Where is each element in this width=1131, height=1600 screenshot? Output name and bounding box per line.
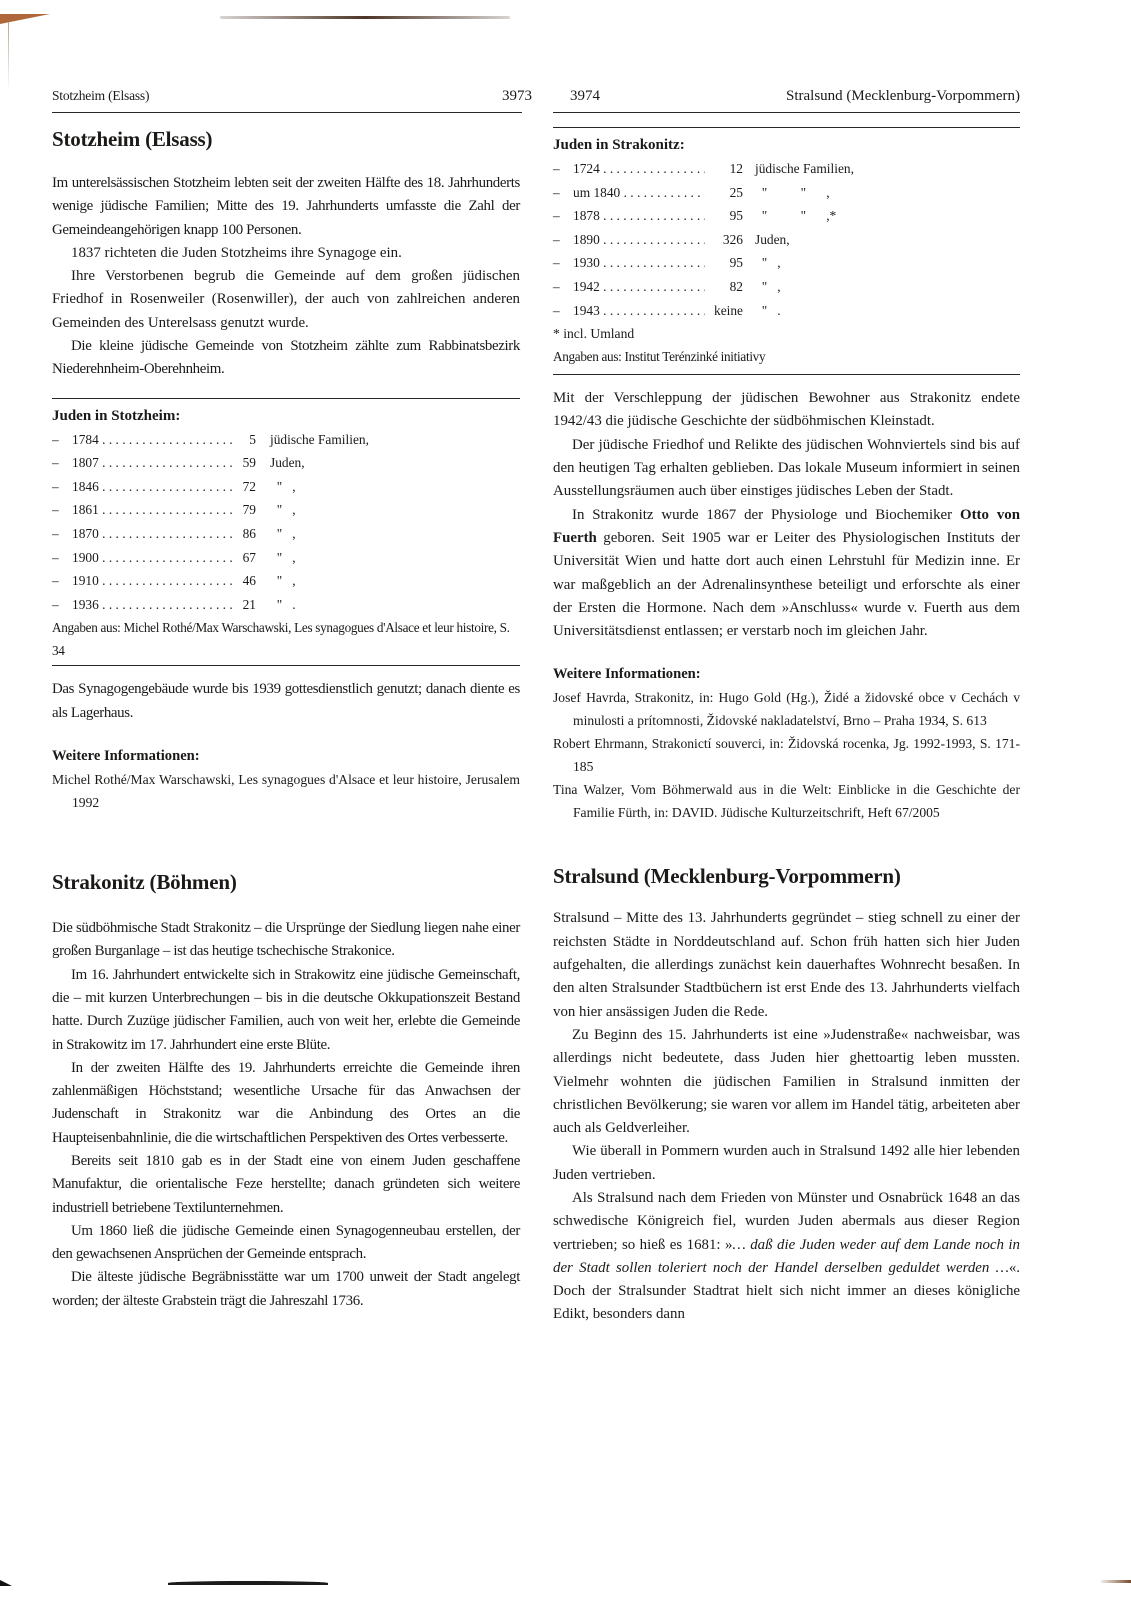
- scan-edge-line: [220, 16, 510, 19]
- row-dash: –: [52, 428, 72, 452]
- further-info-heading: Weitere Informationen:: [52, 745, 520, 768]
- running-head-title: Stotzheim (Elsass): [52, 88, 149, 104]
- row-value: 326: [705, 228, 743, 252]
- page-number: 3973: [502, 88, 532, 105]
- row-unit: " ,: [256, 546, 296, 570]
- article-stotzheim: Stotzheim (Elsass) Im unterelsässischen …: [52, 127, 520, 814]
- statistics-table: –1724 . . . . . . . . . . . . . . . . . …: [553, 157, 1020, 322]
- paragraph: Mit der Verschleppung der jüdischen Bewo…: [553, 387, 1020, 434]
- text-run: In Strakonitz wurde 1867 der Physiologe …: [572, 507, 960, 523]
- table-row: –um 1840 . . . . . . . . . . . . . . . .…: [553, 181, 1020, 205]
- paragraph: Der jüdische Friedhof und Relikte des jü…: [553, 434, 1020, 504]
- row-dash: –: [553, 228, 573, 252]
- row-unit: " ,: [256, 498, 296, 522]
- paragraph: Bereits seit 1810 gab es in der Stadt ei…: [52, 1150, 520, 1220]
- row-year: 1846 . . . . . . . . . . . . . . . . . .…: [72, 475, 232, 499]
- paragraph: Ihre Verstorbenen begrub die Gemeinde au…: [52, 265, 520, 335]
- row-dash: –: [553, 275, 573, 299]
- table-source: Angaben aus: Institut Terénzinké initiat…: [553, 345, 1020, 368]
- row-dash: –: [52, 451, 72, 475]
- paragraph: Zu Beginn des 15. Jahrhunderts ist eine …: [553, 1024, 1020, 1140]
- statistics-box: Juden in Strakonitz: –1724 . . . . . . .…: [553, 127, 1020, 368]
- further-info: Weitere Informationen: Josef Havrda, Str…: [553, 663, 1020, 824]
- article-strakonitz: Strakonitz (Böhmen) Die südböhmische Sta…: [52, 870, 520, 1313]
- row-value: 59: [232, 451, 256, 475]
- statistics-box: Juden in Stotzheim: –1784 . . . . . . . …: [52, 398, 520, 663]
- row-value: 67: [232, 546, 256, 570]
- running-head: Stotzheim (Elsass) 3973: [52, 88, 522, 113]
- row-unit: " ,: [743, 275, 781, 299]
- row-value: 5: [232, 428, 256, 452]
- running-head: 3974 Stralsund (Mecklenburg-Vorpommern): [553, 88, 1020, 113]
- divider: [52, 665, 520, 666]
- scan-corner-mark: [0, 14, 50, 28]
- paragraph: Stralsund – Mitte des 13. Jahrhunderts g…: [553, 907, 1020, 1023]
- row-value: 86: [232, 522, 256, 546]
- right-page: 3974 Stralsund (Mecklenburg-Vorpommern) …: [553, 88, 1020, 1327]
- paragraph-edict: Als Stralsund nach dem Frieden von Münst…: [553, 1187, 1020, 1327]
- row-dash: –: [553, 204, 573, 228]
- row-unit: Juden,: [743, 228, 790, 252]
- paragraph: 1837 richteten die Juden Stotzheims ihre…: [52, 242, 520, 265]
- table-row: –1846 . . . . . . . . . . . . . . . . . …: [52, 475, 520, 499]
- row-value: 72: [232, 475, 256, 499]
- row-value: keine: [705, 299, 743, 323]
- scan-corner-mark: [0, 1580, 12, 1586]
- row-unit: jüdische Familien,: [743, 157, 854, 181]
- row-dash: –: [553, 299, 573, 323]
- page-number: 3974: [570, 88, 600, 105]
- row-unit: " ,: [256, 569, 296, 593]
- row-unit: " ,: [743, 251, 781, 275]
- row-unit: " " ,*: [743, 204, 836, 228]
- table-row: –1942 . . . . . . . . . . . . . . . . . …: [553, 275, 1020, 299]
- row-value: 82: [705, 275, 743, 299]
- table-row: –1910 . . . . . . . . . . . . . . . . . …: [52, 569, 520, 593]
- row-unit: Juden,: [256, 451, 305, 475]
- row-year: 1943 . . . . . . . . . . . . . . . . . .…: [573, 299, 705, 323]
- table-row: –1878 . . . . . . . . . . . . . . . . . …: [553, 204, 1020, 228]
- row-value: 25: [705, 181, 743, 205]
- row-unit: " .: [743, 299, 781, 323]
- further-info-heading: Weitere Informationen:: [553, 663, 1020, 686]
- row-dash: –: [52, 498, 72, 522]
- table-title: Juden in Stotzheim:: [52, 405, 520, 428]
- row-year: 1807 . . . . . . . . . . . . . . . . . .…: [72, 451, 232, 475]
- table-title: Juden in Strakonitz:: [553, 134, 1020, 157]
- row-year: 1910 . . . . . . . . . . . . . . . . . .…: [72, 569, 232, 593]
- text-run: geboren. Seit 1905 war er Leiter des Phy…: [553, 530, 1020, 639]
- reference: Michel Rothé/Max Warschawski, Les synago…: [52, 768, 520, 814]
- article-heading: Stralsund (Mecklenburg-Vorpommern): [553, 864, 1020, 889]
- row-value: 21: [232, 593, 256, 617]
- row-year: 1942 . . . . . . . . . . . . . . . . . .…: [573, 275, 705, 299]
- paragraph: In der zweiten Hälfte des 19. Jahrhunder…: [52, 1057, 520, 1150]
- row-unit: " .: [256, 593, 296, 617]
- row-year: 1900 . . . . . . . . . . . . . . . . . .…: [72, 546, 232, 570]
- paragraph: Im unterelsässischen Stotzheim lebten se…: [52, 172, 520, 242]
- row-dash: –: [553, 181, 573, 205]
- row-value: 46: [232, 569, 256, 593]
- reference: Josef Havrda, Strakonitz, in: Hugo Gold …: [553, 686, 1020, 732]
- scan-edge-line: [168, 1581, 328, 1585]
- table-row: –1890 . . . . . . . . . . . . . . . . . …: [553, 228, 1020, 252]
- row-dash: –: [52, 522, 72, 546]
- scan-corner-mark: [1101, 1580, 1131, 1583]
- table-row: –1724 . . . . . . . . . . . . . . . . . …: [553, 157, 1020, 181]
- paragraph: Die südböhmische Stadt Strakonitz – die …: [52, 917, 520, 964]
- paragraph: Das Synagogengebäude wurde bis 1939 gott…: [52, 678, 520, 725]
- paragraph: Die älteste jüdische Begräbnisstätte war…: [52, 1266, 520, 1313]
- table-row: –1807 . . . . . . . . . . . . . . . . . …: [52, 451, 520, 475]
- row-year: 1936 . . . . . . . . . . . . . . . . . .…: [72, 593, 232, 617]
- table-row: –1900 . . . . . . . . . . . . . . . . . …: [52, 546, 520, 570]
- article-strakonitz-continued: Mit der Verschleppung der jüdischen Bewo…: [553, 387, 1020, 824]
- row-unit: " " ,: [743, 181, 830, 205]
- table-row: –1943 . . . . . . . . . . . . . . . . . …: [553, 299, 1020, 323]
- article-stralsund: Stralsund (Mecklenburg-Vorpommern) Stral…: [553, 864, 1020, 1326]
- row-dash: –: [553, 157, 573, 181]
- row-dash: –: [52, 475, 72, 499]
- row-year: 1870 . . . . . . . . . . . . . . . . . .…: [72, 522, 232, 546]
- row-dash: –: [553, 251, 573, 275]
- row-unit: jüdische Familien,: [256, 428, 369, 452]
- table-row: –1784 . . . . . . . . . . . . . . . . . …: [52, 428, 520, 452]
- row-year: 1724 . . . . . . . . . . . . . . . . . .…: [573, 157, 705, 181]
- paragraph-fuerth: In Strakonitz wurde 1867 der Physiologe …: [553, 504, 1020, 644]
- paragraph: Wie überall in Pommern wurden auch in St…: [553, 1140, 1020, 1187]
- row-year: 1878 . . . . . . . . . . . . . . . . . .…: [573, 204, 705, 228]
- table-source: Angaben aus: Michel Rothé/Max Warschawsk…: [52, 616, 520, 662]
- paragraph: Um 1860 ließ die jüdische Gemeinde einen…: [52, 1220, 520, 1267]
- divider: [553, 374, 1020, 375]
- table-row: –1861 . . . . . . . . . . . . . . . . . …: [52, 498, 520, 522]
- reference: Tina Walzer, Vom Böhmerwald aus in die W…: [553, 778, 1020, 824]
- row-dash: –: [52, 546, 72, 570]
- row-dash: –: [52, 569, 72, 593]
- statistics-table: –1784 . . . . . . . . . . . . . . . . . …: [52, 428, 520, 617]
- table-row: –1936 . . . . . . . . . . . . . . . . . …: [52, 593, 520, 617]
- row-unit: " ,: [256, 522, 296, 546]
- row-year: um 1840 . . . . . . . . . . . . . . . . …: [573, 181, 705, 205]
- row-year: 1890 . . . . . . . . . . . . . . . . . .…: [573, 228, 705, 252]
- row-value: 95: [705, 251, 743, 275]
- row-year: 1930 . . . . . . . . . . . . . . . . . .…: [573, 251, 705, 275]
- table-row: –1930 . . . . . . . . . . . . . . . . . …: [553, 251, 1020, 275]
- table-footnote: * incl. Umland: [553, 322, 1020, 345]
- article-heading: Stotzheim (Elsass): [52, 127, 520, 152]
- table-row: –1870 . . . . . . . . . . . . . . . . . …: [52, 522, 520, 546]
- paragraph: Im 16. Jahrhundert entwickelte sich in S…: [52, 964, 520, 1057]
- row-year: 1784 . . . . . . . . . . . . . . . . . .…: [72, 428, 232, 452]
- row-year: 1861 . . . . . . . . . . . . . . . . . .…: [72, 498, 232, 522]
- article-heading: Strakonitz (Böhmen): [52, 870, 520, 895]
- row-value: 79: [232, 498, 256, 522]
- running-head-title: Stralsund (Mecklenburg-Vorpommern): [786, 88, 1020, 105]
- further-info: Weitere Informationen: Michel Rothé/Max …: [52, 745, 520, 814]
- paragraph: Die kleine jüdische Gemeinde von Stotzhe…: [52, 335, 520, 382]
- row-value: 12: [705, 157, 743, 181]
- row-dash: –: [52, 593, 72, 617]
- reference: Robert Ehrmann, Strakonictí souverci, in…: [553, 732, 1020, 778]
- row-unit: " ,: [256, 475, 296, 499]
- row-value: 95: [705, 204, 743, 228]
- left-page: Stotzheim (Elsass) 3973 Stotzheim (Elsas…: [52, 88, 520, 1313]
